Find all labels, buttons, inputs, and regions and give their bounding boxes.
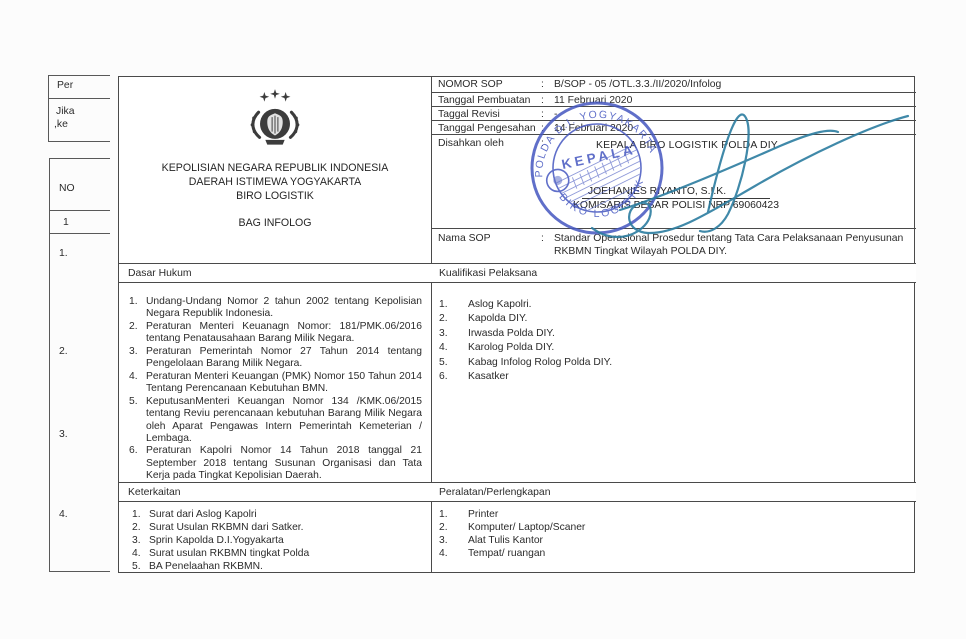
meta-row-tanggal-revisi: Taggal Revisi : - [431,107,916,121]
meta-row-nomor-sop: NOMOR SOP : B/SOP - 05 /OTL.3.3./II/2020… [431,77,916,93]
table-divider [50,210,110,211]
item-text: Karolog Polda DIY. [468,341,554,355]
meta-row-tanggal-pembuatan: Tanggal Pembuatan : 11 Februari 2020 [431,93,916,107]
item-text: Surat Usulan RKBMN dari Satker. [149,521,304,534]
item-text: Alat Tulis Kantor [468,534,543,547]
item-text: Peraturan Menteri Keuangan (PMK) Nomor 1… [146,371,422,396]
list-item: 1.Undang-Undang Nomor 2 tahun 2002 tenta… [129,296,422,321]
item-text: Tempat/ ruangan [468,547,545,560]
item-text: BA Penelaahan RKBMN. [149,560,263,573]
clipped-no-column: NO 1 1. 2. 3. 4. [49,158,110,572]
scanned-sop-document-page: Per Jika ,ke NO 1 1. 2. 3. 4. [0,0,966,639]
item-text: Komputer/ Laptop/Scaner [468,521,585,534]
item-number: 1. [132,508,149,521]
meta-value: 11 Februari 2020 [554,95,632,106]
item-number: 4. [439,547,468,560]
org-unit: BAG INFOLOG [119,217,431,229]
clipped-note-box: Per Jika ,ke [48,75,110,142]
sop-header-table: KEPOLISIAN NEGARA REPUBLIK INDONESIA DAE… [118,76,915,573]
cell-value: 1 [63,217,69,228]
org-name-line3: BIRO LOGISTIK [119,189,431,203]
meta-label: Tanggal Pengesahan [438,123,541,134]
item-number: 2. [439,312,468,326]
item-text: Kapolda DIY. [468,312,527,326]
org-name-line1: KEPOLISIAN NEGARA REPUBLIK INDONESIA [119,161,431,175]
meta-value: 14 Februari 2020 [554,123,633,134]
item-number: 3. [439,534,468,547]
list-item: 4.Karolog Polda DIY. [439,341,916,355]
list-item: 4.Surat usulan RKBMN tingkat Polda [132,547,431,560]
item-number: 1. [129,296,146,321]
meta-row-nama-sop: Nama SOP : Standar Operasional Prosedur … [431,229,916,263]
row-number: 3. [59,429,68,440]
organization-block: KEPOLISIAN NEGARA REPUBLIK INDONESIA DAE… [119,77,431,263]
row-number: 1. [59,248,68,259]
meta-separator: : [541,233,554,263]
keterkaitan-list: 1.Surat dari Aslog Kapolri 2.Surat Usula… [119,502,431,573]
item-text: Kasatker [468,370,509,384]
meta-separator: : [541,79,554,92]
list-item: 2.Komputer/ Laptop/Scaner [439,521,916,534]
item-text: Peraturan Pemerintah Nomor 27 Tahun 2014… [146,346,422,371]
section-header-peralatan: Peralatan/Perlengkapan [431,482,916,502]
list-item: 6.Kasatker [439,370,916,384]
list-item: 5.KeputusanMenteri Keuangan Nomor 134 /K… [129,396,422,446]
meta-value: B/SOP - 05 /OTL.3.3./II/2020/Infolog [554,79,721,92]
item-text: Peraturan Kapolri Nomor 14 Tahun 2018 ta… [146,445,422,482]
item-number: 3. [132,534,149,547]
item-text: Sprin Kapolda D.I.Yogyakarta [149,534,284,547]
clipped-text: Per [57,80,73,91]
item-number: 6. [129,445,146,482]
list-item: 3.Irwasda Polda DIY. [439,327,916,341]
meta-value: Standar Operasional Prosedur tentang Tat… [554,233,916,263]
section-header-keterkaitan: Keterkaitan [119,482,432,502]
item-number: 3. [129,346,146,371]
item-number: 5. [439,356,468,370]
item-text: KeputusanMenteri Keuangan Nomor 134 /KMK… [146,396,422,446]
item-text: Undang-Undang Nomor 2 tahun 2002 tentang… [146,296,422,321]
row-number: 2. [59,346,68,357]
item-number: 1. [439,298,468,312]
meta-label: Tanggal Pembuatan [438,95,541,106]
list-item: 2.Peraturan Menteri Keuanagn Nomor: 181/… [129,321,422,346]
item-text: Peraturan Menteri Keuanagn Nomor: 181/PM… [146,321,422,346]
meta-separator: : [541,109,554,120]
item-number: 2. [439,521,468,534]
list-item: 4.Tempat/ ruangan [439,547,916,560]
signer-name: JOEHANIES RIYANTO, S.I.K. [582,186,770,199]
approver-title: KEPALA BIRO LOGISTIK POLDA DIY [596,140,778,151]
list-item: 2.Surat Usulan RKBMN dari Satker. [132,521,431,534]
item-text: Surat usulan RKBMN tingkat Polda [149,547,309,560]
list-item: 6.Peraturan Kapolri Nomor 14 Tahun 2018 … [129,445,422,482]
meta-label: NOMOR SOP [438,79,541,92]
meta-label: Disahkan oleh [438,138,541,149]
list-item: 3.Alat Tulis Kantor [439,534,916,547]
clipped-text: ,ke [54,119,68,130]
item-number: 4. [132,547,149,560]
list-item: 1.Printer [439,508,916,521]
row-number: 4. [59,509,68,520]
list-item: 4.Peraturan Menteri Keuangan (PMK) Nomor… [129,371,422,396]
signer-rank: KOMISARIS BESAR POLISI NRP 69060423 [526,200,826,211]
table-divider [50,233,110,234]
clipped-text: Jika [56,106,74,117]
section-header-dasar-hukum: Dasar Hukum [119,263,432,283]
signer-block: JOEHANIES RIYANTO, S.I.K. KOMISARIS BESA… [526,186,826,211]
item-text: Kabag Infolog Rolog Polda DIY. [468,356,612,370]
meta-label: Nama SOP [438,233,541,263]
item-number: 4. [439,341,468,355]
list-item: 3.Peraturan Pemerintah Nomor 27 Tahun 20… [129,346,422,371]
dasar-hukum-list: 1.Undang-Undang Nomor 2 tahun 2002 tenta… [119,283,431,482]
polri-tribrata-emblem-icon [246,89,304,151]
item-number: 5. [129,396,146,446]
item-number: 4. [129,371,146,396]
item-number: 3. [439,327,468,341]
list-item: 1.Aslog Kapolri. [439,298,916,312]
item-number: 2. [132,521,149,534]
section-header-kualifikasi: Kualifikasi Pelaksana [431,263,916,283]
kualifikasi-list: 1.Aslog Kapolri. 2.Kapolda DIY. 3.Irwasd… [431,283,916,482]
item-text: Surat dari Aslog Kapolri [149,508,257,521]
item-number: 1. [439,508,468,521]
meta-row-disahkan-oleh: Disahkan oleh : KEPALA BIRO LOGISTIK POL… [431,135,916,229]
peralatan-list: 1.Printer 2.Komputer/ Laptop/Scaner 3.Al… [431,502,916,573]
meta-value: - [554,109,557,120]
list-item: 3.Sprin Kapolda D.I.Yogyakarta [132,534,431,547]
list-item: 5.Kabag Infolog Rolog Polda DIY. [439,356,916,370]
meta-separator: : [541,123,554,134]
meta-separator: : [541,95,554,106]
meta-separator: : [541,138,554,149]
list-item: 5.BA Penelaahan RKBMN. [132,560,431,573]
list-item: 2.Kapolda DIY. [439,312,916,326]
item-text: Aslog Kapolri. [468,298,532,312]
list-item: 1.Surat dari Aslog Kapolri [132,508,431,521]
item-number: 6. [439,370,468,384]
item-text: Irwasda Polda DIY. [468,327,555,341]
meta-row-tanggal-pengesahan: Tanggal Pengesahan : 14 Februari 2020 [431,121,916,135]
column-header-no: NO [59,183,75,194]
table-divider [49,98,110,99]
item-text: Printer [468,508,498,521]
meta-label: Taggal Revisi [438,109,541,120]
item-number: 2. [129,321,146,346]
item-number: 5. [132,560,149,573]
org-name-line2: DAERAH ISTIMEWA YOGYAKARTA [119,175,431,189]
